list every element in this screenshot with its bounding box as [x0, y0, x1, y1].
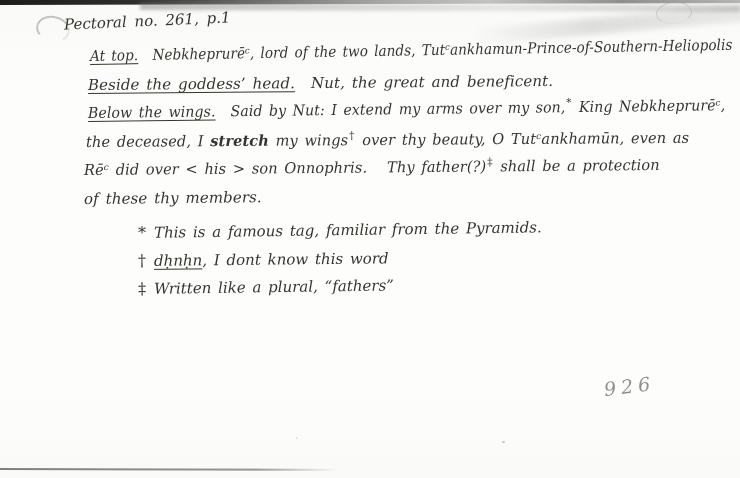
text-line-beside-goddess-head: Beside the goddess’ head.Nut, the great …: [88, 72, 553, 94]
transliterated-term: dḥnḥn: [154, 251, 202, 270]
text-line-members: of these thy members.: [84, 188, 262, 208]
footnote-dagger: †dḥnḥn, I dont know this word: [138, 248, 389, 270]
line-text: Nebkheprurēᶜ, lord of the two lands, Tut…: [152, 36, 732, 64]
line-text: over thy beauty, O Tutᶜankhamūn, even as: [355, 129, 689, 149]
scan-speck: [296, 437, 298, 439]
text-line-below-wings: Below the wings.Said by Nut: I extend my…: [88, 96, 725, 122]
line-text: my wings: [269, 131, 348, 150]
footnote-mark-dagger: †: [348, 129, 355, 142]
line-label: At top.: [90, 46, 138, 65]
text-line-deceased: the deceased, I stretch my wings† over t…: [86, 129, 689, 151]
text-line-at-top: At top.Nebkheprurēᶜ, lord of the two lan…: [90, 36, 733, 65]
line-text: Said by Nut: I extend my arms over my so…: [230, 98, 565, 120]
footnote-mark-dagger: †: [138, 251, 154, 270]
line-text: Nut, the great and beneficent.: [311, 72, 553, 92]
footnote-mark-double-dagger: ‡: [138, 279, 154, 298]
overwritten-word: stretch: [210, 132, 269, 150]
line-label: Below the wings.: [88, 102, 216, 122]
page-title: Pectoral no. 261, p.1: [64, 8, 231, 33]
line-text: Rēᶜ did over < his > son Onnophris. Thy …: [84, 157, 486, 179]
scan-speck: [502, 441, 505, 443]
line-text: the deceased, I: [86, 132, 210, 151]
footnote-mark-asterisk: *: [138, 223, 154, 242]
text-line-re-onnophris: Rēᶜ did over < his > son Onnophris. Thy …: [84, 156, 660, 179]
page-number: 926: [603, 373, 657, 401]
line-label: Beside the goddess’ head.: [88, 74, 295, 94]
footnote-text: , I dont know this word: [202, 249, 388, 269]
line-text: of these thy members.: [84, 188, 262, 208]
footnote-double-dagger: ‡Written like a plural, “fathers”: [138, 275, 394, 298]
scanned-document-page: Pectoral no. 261, p.1 At top.Nebkheprurē…: [0, 0, 740, 478]
footnote-asterisk: *This is a famous tag, familiar from the…: [138, 217, 542, 242]
scan-edge-bottom: [0, 468, 338, 471]
line-text: shall be a protection: [494, 156, 660, 175]
line-text: King Nebkheprurēᶜ,: [572, 96, 725, 116]
footnote-text: Written like a plural, “fathers”: [154, 276, 394, 297]
footnote-text: This is a famous tag, familiar from the …: [154, 218, 542, 241]
